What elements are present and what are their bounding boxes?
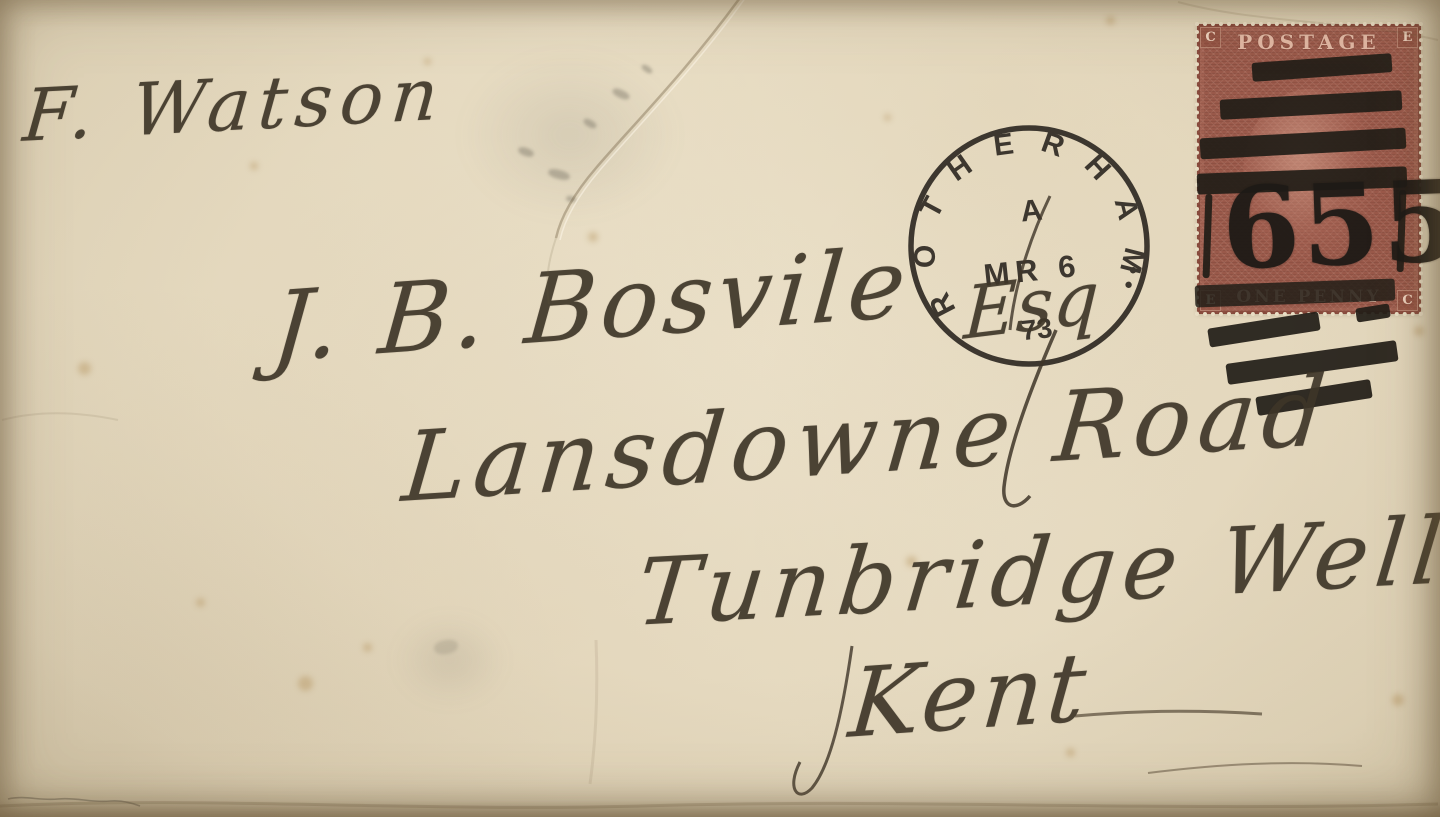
ink-transfer-wash bbox=[460, 50, 680, 220]
foxing-spot bbox=[363, 643, 372, 652]
stamp-corner-letter-bottom-right: C bbox=[1397, 290, 1418, 311]
address-county: Kent bbox=[845, 632, 1094, 760]
envelope-photo: POSTAGE ONE PENNY C E E C 655 ROTHERHAM … bbox=[0, 0, 1440, 817]
foxing-spot bbox=[78, 362, 91, 375]
stamp-postage-label: POSTAGE bbox=[1197, 30, 1421, 54]
foxing-spot bbox=[196, 598, 205, 607]
foxing-spot bbox=[298, 676, 313, 691]
address-honorific: Esq bbox=[962, 254, 1101, 356]
foxing-spot bbox=[1066, 748, 1075, 757]
foxing-spot bbox=[884, 114, 891, 121]
postmark-index-letter: A bbox=[1019, 194, 1044, 229]
foxing-spot bbox=[1392, 694, 1404, 706]
stamp-corner-letter-bottom-left: E bbox=[1200, 290, 1221, 311]
foxing-spot bbox=[588, 232, 598, 242]
stamp-corner-letter-top-right: E bbox=[1397, 27, 1418, 48]
cancel-numeral: 655 bbox=[1220, 176, 1440, 276]
stamp-corner-letter-top-left: C bbox=[1200, 27, 1221, 48]
foxing-spot bbox=[1414, 326, 1424, 336]
foxing-spot bbox=[250, 162, 258, 170]
envelope-bottom-edge-shadow bbox=[0, 801, 1440, 817]
smudge-wash bbox=[395, 615, 505, 705]
foxing-spot bbox=[1106, 16, 1115, 25]
